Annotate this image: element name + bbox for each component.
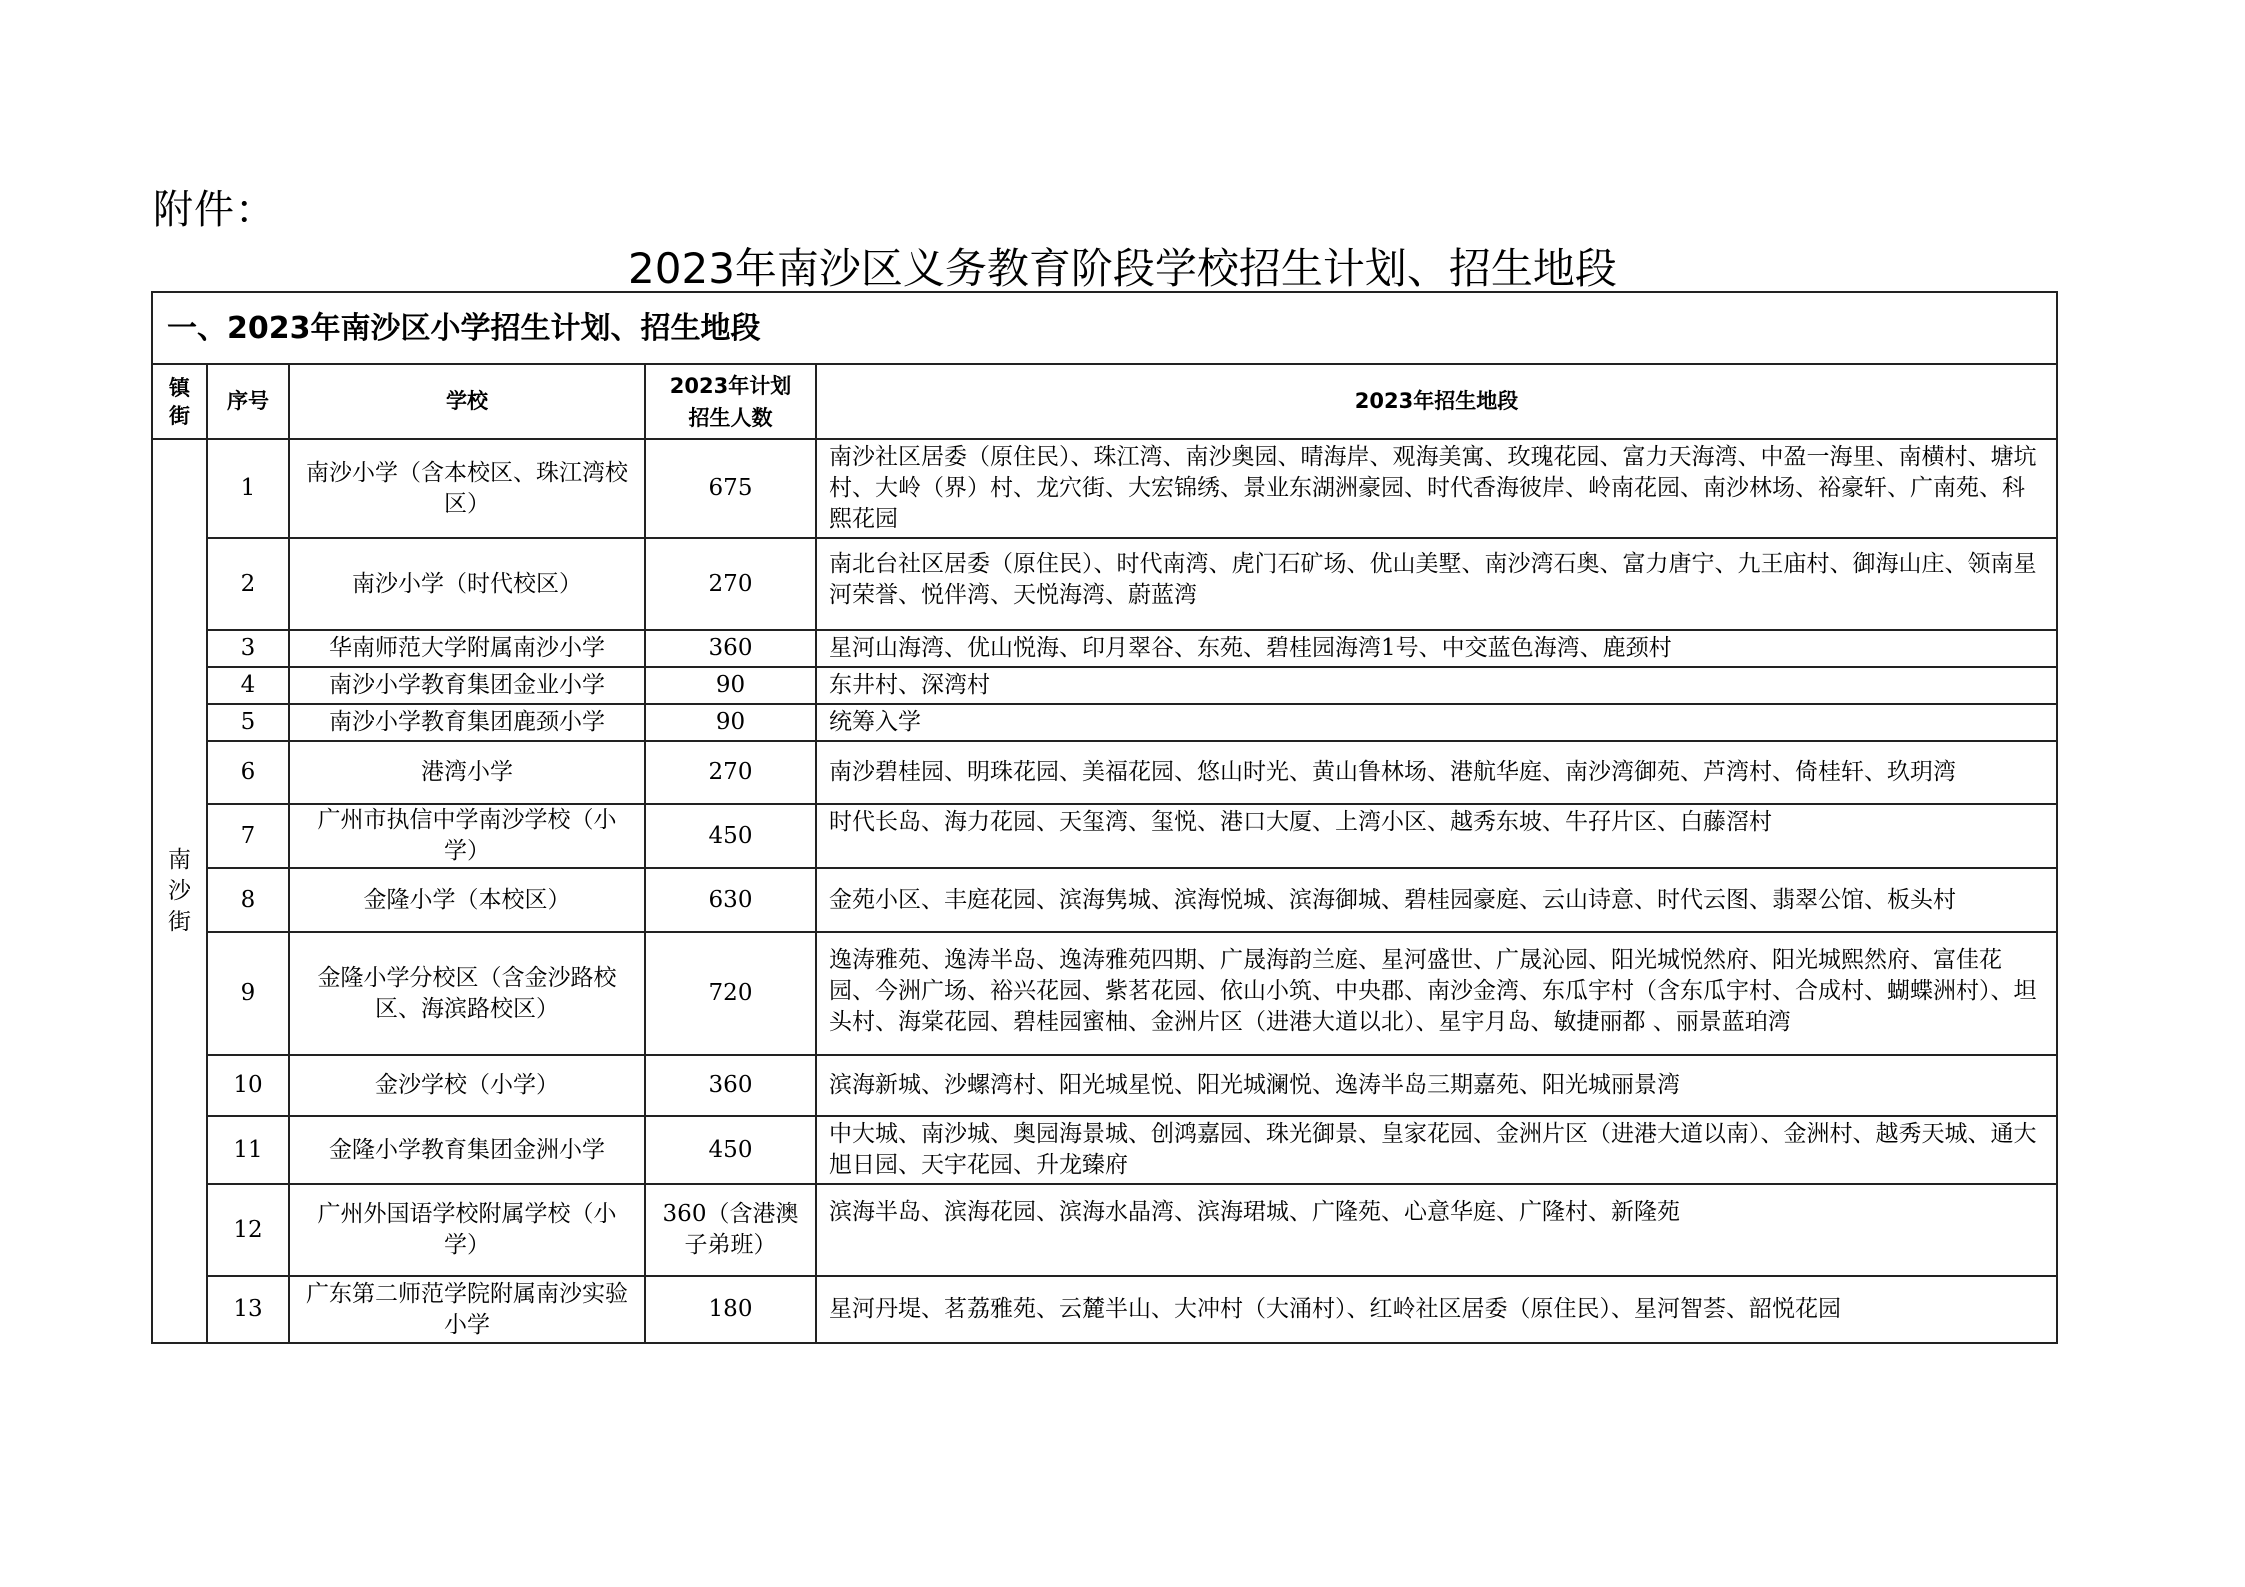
header-town-text: 镇街 <box>169 374 191 430</box>
row-index: 1 <box>207 439 289 538</box>
table-row: 5 南沙小学教育集团鹿颈小学 90 统筹入学 <box>152 704 2057 741</box>
school-name: 南沙小学（时代校区） <box>289 538 645 630</box>
row-index: 2 <box>207 538 289 630</box>
enrollment-area: 星河山海湾、优山悦海、印月翠谷、东苑、碧桂园海湾1号、中交蓝色海湾、鹿颈村 <box>816 630 2057 667</box>
row-index: 4 <box>207 667 289 704</box>
school-name: 广东第二师范学院附属南沙实验小学 <box>289 1276 645 1343</box>
plan-count: 270 <box>645 538 816 630</box>
school-name: 南沙小学（含本校区、珠江湾校区） <box>289 439 645 538</box>
enrollment-area: 南沙社区居委（原住民）、珠江湾、南沙奥园、晴海岸、观海美寓、玫瑰花园、富力天海湾… <box>816 439 2057 538</box>
town-char: 南 <box>153 845 206 876</box>
table-row: 4 南沙小学教育集团金业小学 90 东井村、深湾村 <box>152 667 2057 704</box>
school-name: 华南师范大学附属南沙小学 <box>289 630 645 667</box>
enrollment-area: 金苑小区、丰庭花园、滨海隽城、滨海悦城、滨海御城、碧桂园豪庭、云山诗意、时代云图… <box>816 868 2057 932</box>
header-school: 学校 <box>289 364 645 439</box>
table-header-row: 镇街 序号 学校 2023年计划招生人数 2023年招生地段 <box>152 364 2057 439</box>
school-name: 南沙小学教育集团金业小学 <box>289 667 645 704</box>
section-title: 一、2023年南沙区小学招生计划、招生地段 <box>152 292 2057 364</box>
row-index: 7 <box>207 804 289 868</box>
school-name: 广州外国语学校附属学校（小学） <box>289 1184 645 1276</box>
enrollment-area: 滨海半岛、滨海花园、滨海水晶湾、滨海珺城、广隆苑、心意华庭、广隆村、新隆苑 <box>816 1184 2057 1276</box>
attachment-label: 附件： <box>153 178 276 235</box>
table-row: 7 广州市执信中学南沙学校（小学） 450 时代长岛、海力花园、天玺湾、玺悦、港… <box>152 804 2057 868</box>
enrollment-area: 统筹入学 <box>816 704 2057 741</box>
document-title: 2023年南沙区义务教育阶段学校招生计划、招生地段 <box>0 236 2245 296</box>
enrollment-area: 星河丹堤、茗荔雅苑、云麓半山、大冲村（大涌村）、红岭社区居委（原住民）、星河智荟… <box>816 1276 2057 1343</box>
row-index: 6 <box>207 741 289 804</box>
town-cell: 南 沙 街 <box>152 439 207 1343</box>
plan-count: 450 <box>645 1116 816 1184</box>
table-row: 13 广东第二师范学院附属南沙实验小学 180 星河丹堤、茗荔雅苑、云麓半山、大… <box>152 1276 2057 1343</box>
school-name: 广州市执信中学南沙学校（小学） <box>289 804 645 868</box>
enrollment-area: 东井村、深湾村 <box>816 667 2057 704</box>
town-char: 沙 <box>153 876 206 907</box>
table-row: 南 沙 街 1 南沙小学（含本校区、珠江湾校区） 675 南沙社区居委（原住民）… <box>152 439 2057 538</box>
section-title-row: 一、2023年南沙区小学招生计划、招生地段 <box>152 292 2057 364</box>
town-char: 街 <box>153 907 206 938</box>
plan-count: 360 <box>645 1055 816 1116</box>
table-row: 3 华南师范大学附属南沙小学 360 星河山海湾、优山悦海、印月翠谷、东苑、碧桂… <box>152 630 2057 667</box>
enrollment-plan-table: 一、2023年南沙区小学招生计划、招生地段 镇街 序号 学校 2023年计划招生… <box>151 291 2058 1344</box>
table-row: 2 南沙小学（时代校区） 270 南北台社区居委（原住民）、时代南湾、虎门石矿场… <box>152 538 2057 630</box>
row-index: 11 <box>207 1116 289 1184</box>
row-index: 3 <box>207 630 289 667</box>
school-name: 金隆小学教育集团金洲小学 <box>289 1116 645 1184</box>
row-index: 10 <box>207 1055 289 1116</box>
plan-count: 675 <box>645 439 816 538</box>
plan-count-text: 360（含港澳子弟班） <box>663 1201 799 1258</box>
row-index: 5 <box>207 704 289 741</box>
row-index: 13 <box>207 1276 289 1343</box>
enrollment-area: 南沙碧桂园、明珠花园、美福花园、悠山时光、黄山鲁林场、港航华庭、南沙湾御苑、芦湾… <box>816 741 2057 804</box>
plan-count: 630 <box>645 868 816 932</box>
table-row: 8 金隆小学（本校区） 630 金苑小区、丰庭花园、滨海隽城、滨海悦城、滨海御城… <box>152 868 2057 932</box>
table-row: 9 金隆小学分校区（含金沙路校区、海滨路校区） 720 逸涛雅苑、逸涛半岛、逸涛… <box>152 932 2057 1055</box>
enrollment-area: 滨海新城、沙螺湾村、阳光城星悦、阳光城澜悦、逸涛半岛三期嘉苑、阳光城丽景湾 <box>816 1055 2057 1116</box>
enrollment-area: 南北台社区居委（原住民）、时代南湾、虎门石矿场、优山美墅、南沙湾石奥、富力唐宁、… <box>816 538 2057 630</box>
row-index: 12 <box>207 1184 289 1276</box>
plan-count: 360 <box>645 630 816 667</box>
table-row: 11 金隆小学教育集团金洲小学 450 中大城、南沙城、奥园海景城、创鸿嘉园、珠… <box>152 1116 2057 1184</box>
header-area: 2023年招生地段 <box>816 364 2057 439</box>
plan-count: 90 <box>645 704 816 741</box>
school-name: 金沙学校（小学） <box>289 1055 645 1116</box>
enrollment-area: 中大城、南沙城、奥园海景城、创鸿嘉园、珠光御景、皇家花园、金洲片区（进港大道以南… <box>816 1116 2057 1184</box>
school-name: 南沙小学教育集团鹿颈小学 <box>289 704 645 741</box>
row-index: 8 <box>207 868 289 932</box>
plan-count: 90 <box>645 667 816 704</box>
plan-count: 360（含港澳子弟班） <box>645 1184 816 1276</box>
enrollment-area: 时代长岛、海力花园、天玺湾、玺悦、港口大厦、上湾小区、越秀东坡、牛孖片区、白藤滘… <box>816 804 2057 868</box>
school-name: 港湾小学 <box>289 741 645 804</box>
plan-count: 720 <box>645 932 816 1055</box>
header-town: 镇街 <box>152 364 207 439</box>
plan-count: 450 <box>645 804 816 868</box>
school-name: 金隆小学（本校区） <box>289 868 645 932</box>
table-row: 12 广州外国语学校附属学校（小学） 360（含港澳子弟班） 滨海半岛、滨海花园… <box>152 1184 2057 1276</box>
plan-count: 270 <box>645 741 816 804</box>
header-plan-text: 2023年计划招生人数 <box>666 370 796 434</box>
table-row: 6 港湾小学 270 南沙碧桂园、明珠花园、美福花园、悠山时光、黄山鲁林场、港航… <box>152 741 2057 804</box>
plan-count: 180 <box>645 1276 816 1343</box>
school-name: 金隆小学分校区（含金沙路校区、海滨路校区） <box>289 932 645 1055</box>
enrollment-area: 逸涛雅苑、逸涛半岛、逸涛雅苑四期、广晟海韵兰庭、星河盛世、广晟沁园、阳光城悦然府… <box>816 932 2057 1055</box>
header-plan: 2023年计划招生人数 <box>645 364 816 439</box>
table-row: 10 金沙学校（小学） 360 滨海新城、沙螺湾村、阳光城星悦、阳光城澜悦、逸涛… <box>152 1055 2057 1116</box>
row-index: 9 <box>207 932 289 1055</box>
header-index: 序号 <box>207 364 289 439</box>
